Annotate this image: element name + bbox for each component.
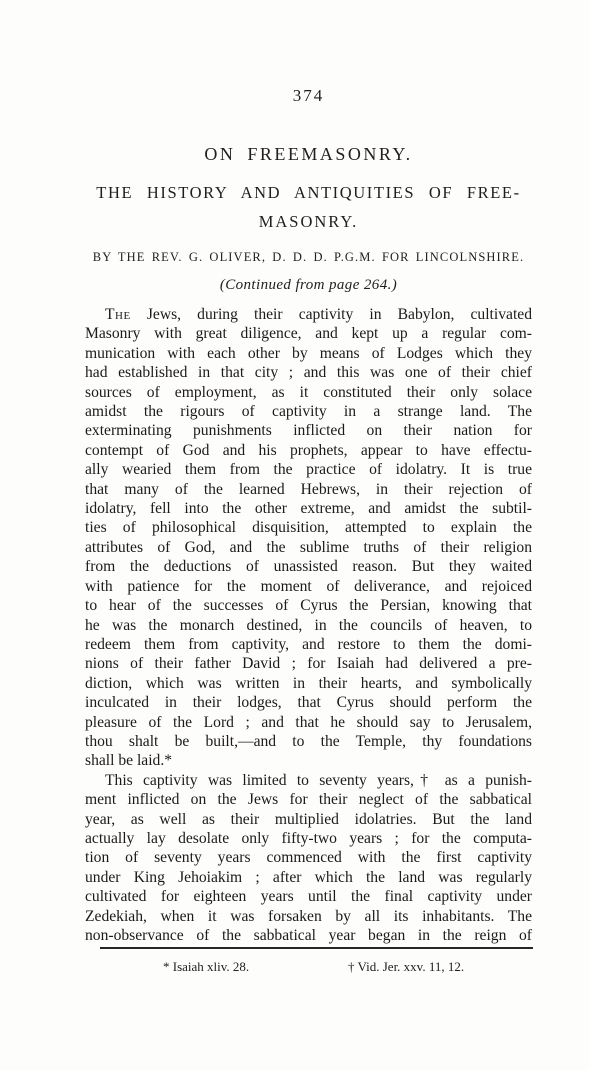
footnote-isaiah: * Isaiah xliv. 28. (163, 959, 249, 975)
text-line: ment inflicted on the Jews for their neg… (85, 790, 532, 809)
text-line: under King Jehoiakim ; after which the l… (85, 868, 532, 887)
article-subtitle-line2: MASONRY. (85, 212, 532, 232)
page-number: 374 (85, 86, 532, 106)
text-line: nions of their father David ; for Isaiah… (85, 654, 532, 673)
article-title: ON FREEMASONRY. (85, 144, 532, 165)
text-line: Zedekiah, when it was forsaken by all it… (85, 907, 532, 926)
text-line: shall be laid.* (85, 751, 532, 770)
paragraph: This captivity was limited to seventy ye… (85, 771, 532, 946)
text-line: exterminating punishments inflicted on t… (85, 421, 532, 440)
text-line: year, as well as their multiplied idolat… (85, 810, 532, 829)
text-line: diction, which was written in their hear… (85, 674, 532, 693)
text-block: 374 ON FREEMASONRY. THE HISTORY AND ANTI… (85, 0, 532, 1070)
article-subtitle-line1: THE HISTORY AND ANTIQUITIES OF FREE- (85, 183, 532, 203)
text-line: to hear of the successes of Cyrus the Pe… (85, 596, 532, 615)
text-line: he was the monarch destined, in the coun… (85, 616, 532, 635)
book-page: 374 ON FREEMASONRY. THE HISTORY AND ANTI… (0, 0, 589, 1070)
text-line: sources of employment, as it constituted… (85, 383, 532, 402)
text-line: This captivity was limited to seventy ye… (85, 771, 532, 790)
text-line: amidst the rigours of captivity in a str… (85, 402, 532, 421)
author-byline: BY THE REV. G. OLIVER, D. D. D. P.G.M. F… (85, 250, 532, 265)
paragraph: The Jews, during their captivity in Baby… (85, 305, 532, 771)
text-line: from the deductions of unassisted reason… (85, 557, 532, 576)
text-line: actually lay desolate only fifty-two yea… (85, 829, 532, 848)
text-line: contempt of God and his prophets, appear… (85, 441, 532, 460)
text-line: redeem them from captivity, and restore … (85, 635, 532, 654)
text-line: pleasure of the Lord ; and that he shoul… (85, 713, 532, 732)
text-line: thou shalt be built,—and to the Temple, … (85, 732, 532, 751)
footnote-jeremiah: † Vid. Jer. xxv. 11, 12. (348, 959, 464, 975)
text-line: Masonry with great diligence, and kept u… (85, 324, 532, 343)
footnotes: * Isaiah xliv. 28. † Vid. Jer. xxv. 11, … (0, 959, 589, 981)
text-line: that many of the learned Hebrews, in the… (85, 480, 532, 499)
text-line: tion of seventy years commenced with the… (85, 848, 532, 867)
text-line: with patience for the moment of delivera… (85, 577, 532, 596)
continuation-note: (Continued from page 264.) (85, 277, 532, 294)
text-line: munication with each other by means of L… (85, 344, 532, 363)
text-line: ally wearied them from the practice of i… (85, 460, 532, 479)
text-line: inculcated in their lodges, that Cyrus s… (85, 693, 532, 712)
text-line: attributes of God, and the sublime truth… (85, 538, 532, 557)
text-line: idolatry, fell into the other extreme, a… (85, 499, 532, 518)
text-line: cultivated for eighteen years until the … (85, 887, 532, 906)
footnote-divider (100, 947, 533, 949)
text-line: ties of philosophical disquisition, atte… (85, 518, 532, 537)
text-line: had established in that city ; and this … (85, 363, 532, 382)
text-line: non-observance of the sabbatical year be… (85, 926, 532, 945)
body-text: The Jews, during their captivity in Baby… (85, 305, 532, 945)
text-line: The Jews, during their captivity in Baby… (85, 305, 532, 324)
smallcaps-lead: The (105, 306, 131, 323)
